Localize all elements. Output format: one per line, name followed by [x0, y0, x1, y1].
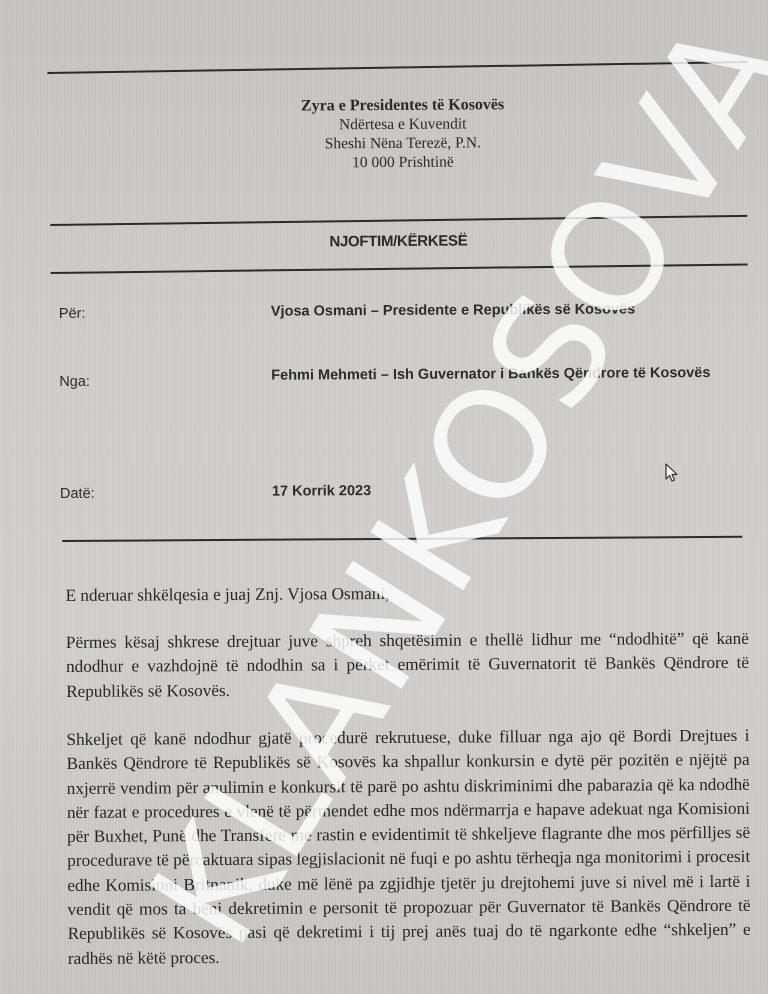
from-label: Nga:	[59, 374, 90, 390]
mouse-pointer-icon	[665, 463, 679, 483]
greeting: E nderuar shkëlqesia e juaj Znj. Vjosa O…	[66, 580, 749, 608]
header-bottom-divider	[62, 536, 742, 542]
title-top-divider	[50, 215, 747, 226]
date-label: Datë:	[60, 486, 95, 502]
letterhead-street: Sheshi Nëna Terezë, P.N.	[248, 133, 558, 154]
body-paragraph-1: Përmes kësaj shkrese drejtuar juve shpre…	[66, 627, 749, 704]
from-value: Fehmi Mehmeti – Ish Guvernator i Bankës …	[271, 362, 746, 388]
letterhead: Zyra e Presidentes të Kosovës Ndërtesa e…	[248, 95, 558, 173]
letterhead-organization: Zyra e Presidentes të Kosovës	[248, 95, 558, 116]
to-value: Vjosa Osmani – Presidente e Republikës s…	[271, 298, 746, 324]
letterhead-building: Ndërtesa e Kuvendit	[248, 114, 558, 135]
top-divider	[47, 61, 747, 74]
body-paragraph-2: Shkeljet që kanë ndodhur gjatë procedurë…	[66, 724, 750, 971]
document-page: Zyra e Presidentes të Kosovës Ndërtesa e…	[0, 0, 768, 994]
document-title: NJOFTIM/KËRKESË	[268, 232, 528, 251]
letterhead-city: 10 000 Prishtinë	[248, 152, 558, 173]
to-label: Për:	[59, 306, 86, 322]
title-bottom-divider	[51, 264, 748, 275]
